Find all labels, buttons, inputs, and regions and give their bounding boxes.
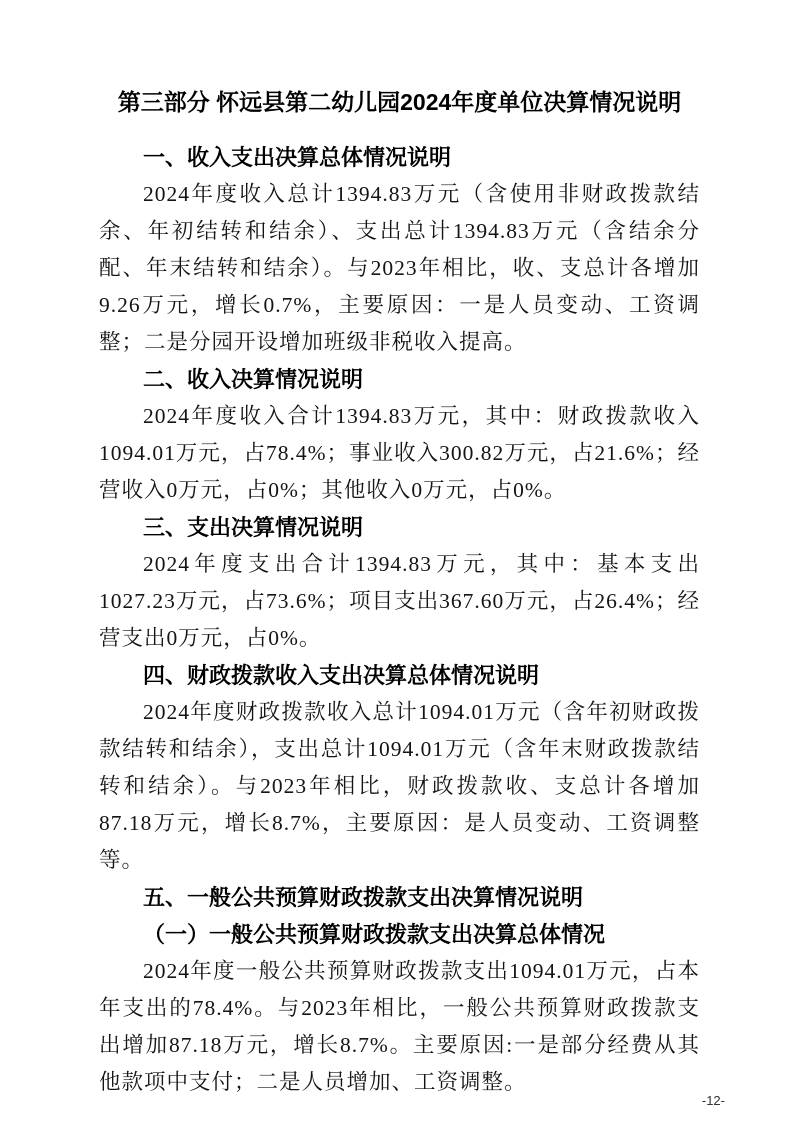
section-heading-expense-accounts: 三、支出决算情况说明	[99, 509, 700, 546]
section-heading-income-accounts: 二、收入决算情况说明	[99, 361, 700, 398]
document-page: 第三部分 怀远县第二幼儿园2024年度单位决算情况说明 一、收入支出决算总体情况…	[0, 0, 793, 1122]
section-income-expense-overview: 一、收入支出决算总体情况说明 2024年度收入总计1394.83万元（含使用非财…	[99, 139, 700, 361]
section-fiscal-appropriation-overview: 四、财政拨款收入支出决算总体情况说明 2024年度财政拨款收入总计1094.01…	[99, 657, 700, 879]
document-content: 第三部分 怀远县第二幼儿园2024年度单位决算情况说明 一、收入支出决算总体情况…	[99, 84, 700, 1101]
section-heading-general-public-budget-expense: 五、一般公共预算财政拨款支出决算情况说明	[99, 879, 700, 916]
section-heading-fiscal-appropriation-overview: 四、财政拨款收入支出决算总体情况说明	[99, 657, 700, 694]
paragraph-expense-accounts: 2024年度支出合计1394.83万元，其中：基本支出1027.23万元，占73…	[99, 546, 700, 657]
section-income-accounts: 二、收入决算情况说明 2024年度收入合计1394.83万元，其中：财政拨款收入…	[99, 361, 700, 509]
paragraph-fiscal-appropriation-overview: 2024年度财政拨款收入总计1094.01万元（含年初财政拨款结转和结余），支出…	[99, 694, 700, 879]
section-expense-accounts: 三、支出决算情况说明 2024年度支出合计1394.83万元，其中：基本支出10…	[99, 509, 700, 657]
paragraph-income-accounts: 2024年度收入合计1394.83万元，其中：财政拨款收入1094.01万元，占…	[99, 398, 700, 509]
paragraph-general-public-budget-expense: 2024年度一般公共预算财政拨款支出1094.01万元，占本年支出的78.4%。…	[99, 953, 700, 1101]
subsection-heading-general-public-budget-overview: （一）一般公共预算财政拨款支出决算总体情况	[99, 916, 700, 953]
section-heading-income-expense-overview: 一、收入支出决算总体情况说明	[99, 139, 700, 176]
page-number: -12-	[702, 1093, 725, 1108]
document-title: 第三部分 怀远县第二幼儿园2024年度单位决算情况说明	[99, 84, 700, 121]
section-general-public-budget-expense: 五、一般公共预算财政拨款支出决算情况说明 （一）一般公共预算财政拨款支出决算总体…	[99, 879, 700, 1101]
paragraph-income-expense-overview: 2024年度收入总计1394.83万元（含使用非财政拨款结余、年初结转和结余）、…	[99, 176, 700, 361]
